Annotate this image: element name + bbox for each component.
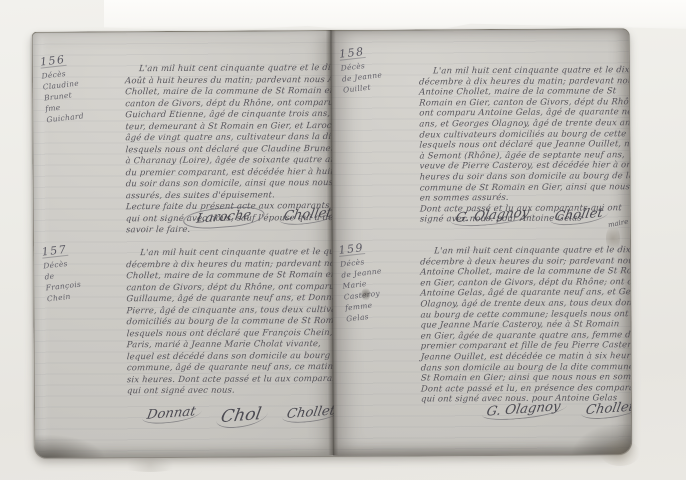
page-corner-wear <box>34 432 144 459</box>
signature: Chol <box>215 404 269 430</box>
margin-line: 157 <box>41 244 68 259</box>
text-line: Guichard Etienne, âgé de cinquante trois… <box>125 109 333 122</box>
margin-line: 158 <box>339 46 366 61</box>
register-page-left: 156DécèsClaudineBrunetfmeGuichard L'an m… <box>32 30 335 459</box>
text-line: Guillaume, âgé de quarante neuf ans, et … <box>126 293 334 306</box>
signature: maire <box>603 217 632 231</box>
text-line: commune, âgé de quarante neuf ans, ce ma… <box>126 362 334 375</box>
text-line: âgé de vingt quatre ans, cultivateur dan… <box>125 132 333 145</box>
record-157-margin-note: 157DécèsdeFrançoisChein <box>41 239 119 305</box>
signature: Chollet <box>281 403 335 424</box>
text-line: heures du soir dans son domicile au bour… <box>419 171 630 183</box>
register-page-right: 158Décèsde JeanneOuillet L'an mil huit c… <box>331 28 633 457</box>
record-157-text: L'an mil huit cent cinquante quatre et l… <box>126 237 334 398</box>
signature: Donnat <box>141 404 203 425</box>
death-record-158: 158Décèsde JeanneOuillet L'an mil huit c… <box>331 57 630 226</box>
signature: Laroche <box>182 205 266 231</box>
margin-line: 159 <box>338 242 365 257</box>
text-line: ans, et Georges Olagnoy, âgé de trente d… <box>419 118 630 130</box>
archive-scan: 156DécèsClaudineBrunetfmeGuichard L'an m… <box>0 0 686 480</box>
text-line: Chollet, maire de la commune de St Romai… <box>126 270 334 283</box>
text-line: qui ont signé avec nous. <box>127 385 335 398</box>
text-line: à Charanay (Loire), âgée de soixante qua… <box>125 155 333 168</box>
record-158-margin-note: 158Décèsde JeanneOuillet <box>339 41 416 96</box>
record-159-margin-note: 159Décèsde JeanneMarieCasteroyfemmeGelas <box>338 237 418 324</box>
record-156-margin-note: 156DécèsClaudineBrunetfmeGuichard <box>39 49 118 126</box>
text-line: L'an mil huit cent cinquante quatre et l… <box>419 65 630 77</box>
text-line: L'an mil huit cent cinquante quatre et l… <box>420 245 631 257</box>
text-line: Paris, marié à Jeanne Marie Cholat vivan… <box>126 339 334 352</box>
record-158-signatures: G. OlagnoyCholletmaire <box>452 207 633 229</box>
text-line: Chollet, maire de la commune de St Romai… <box>125 86 333 99</box>
signature: G. Olagnoy <box>450 205 537 228</box>
text-line: du soir dans son domicile, ainsi que nou… <box>125 178 333 191</box>
page-corner-wear <box>542 421 632 456</box>
death-record-157: 157DécèsdeFrançoisChein L'an mil huit ce… <box>34 237 334 398</box>
text-line: Jeanne Ouillet, est décédée ce matin à s… <box>420 351 631 363</box>
record-157-signatures: DonnatCholCholletmaire <box>143 405 334 428</box>
text-line: L'an mil huit cent cinquante quatre et l… <box>126 247 334 260</box>
record-159-text: L'an mil huit cent cinquante quatre et l… <box>420 235 631 405</box>
register-spread: 156DécèsClaudineBrunetfmeGuichard L'an m… <box>32 28 632 457</box>
signature: Chollet <box>549 205 610 226</box>
text-line: domiciliés au bourg de la commune de St … <box>126 316 334 329</box>
record-158-text: L'an mil huit cent cinquante quatre et l… <box>419 57 630 225</box>
text-line: Olagnoy, âgé de trente deux ans, tous de… <box>420 298 631 310</box>
signature: Chollet <box>580 399 633 420</box>
margin-line: 156 <box>39 54 66 69</box>
death-record-159: 159Décèsde JeanneMarieCasteroyfemmeGelas… <box>332 235 631 406</box>
signature: G. Olagnoy <box>481 399 568 422</box>
death-record-156: 156DécèsClaudineBrunetfmeGuichard L'an m… <box>33 57 333 237</box>
record-156-signatures: LarocheCholletmaire <box>184 207 335 229</box>
text-line: L'an mil huit cent cinquante quatre et l… <box>125 63 333 76</box>
record-159-signatures: G. OlagnoyCholletmaire <box>483 401 632 423</box>
background-stain <box>120 458 180 472</box>
